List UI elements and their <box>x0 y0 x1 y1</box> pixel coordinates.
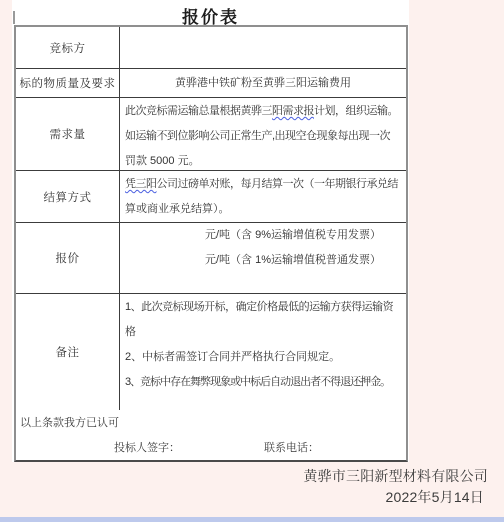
subject-value: 黄骅港中铁矿粉至黄骅三阳运输费用 <box>175 71 351 96</box>
settlement-line-2: 算或商业承兑结算）。 <box>125 197 406 222</box>
subject-label: 标的物质量及要求 <box>16 69 120 97</box>
demand-value-cell: 此次竞标需运输总量根据黄骅三阳需求报计划，组织运输。 如运输不到位影响公司正常生… <box>120 98 406 170</box>
demand-line-2: 如运输不到位影响公司正常生产,出现空仓现象每出现一次 <box>125 124 406 149</box>
spellcheck-underline: 凭三阳 <box>125 178 157 190</box>
demand-line-1: 此次竞标需运输总量根据黄骅三阳需求报计划，组织运输。 <box>125 99 406 124</box>
remarks-label: 备注 <box>16 294 120 410</box>
remarks-item-1: 1、此次竞标现场开标，确定价格最低的运输方获得运输资 <box>125 295 406 320</box>
bidder-input-cell[interactable] <box>120 27 406 68</box>
quote-line-general-invoice: 元/吨（含 1%运输增值税普通发票） <box>120 248 406 273</box>
subject-value-cell: 黄骅港中铁矿粉至黄骅三阳运输费用 <box>120 69 406 97</box>
quote-line-special-invoice: 元/吨（含 9%运输增值税专用发票） <box>120 223 406 248</box>
signature-block: 黄骅市三阳新型材料有限公司 2022年5月14日 <box>303 466 488 508</box>
acknowledgment-text: 以上条款我方已认可 <box>20 411 406 436</box>
remarks-item-2: 2、中标者需签订合同并严格执行合同规定。 <box>125 345 406 370</box>
table-row-demand: 需求量 此次竞标需运输总量根据黄骅三阳需求报计划，组织运输。 如运输不到位影响公… <box>16 97 406 170</box>
phone-label: 联系电话： <box>264 442 319 454</box>
demand-label: 需求量 <box>16 98 120 170</box>
table-row-bidder: 竞标方 <box>16 27 406 68</box>
spellcheck-underline: 阳需求报 <box>272 105 314 117</box>
settlement-label: 结算方式 <box>16 171 120 222</box>
page: 报价表 竞标方 标的物质量及要求 黄骅港中铁矿粉至黄骅三阳运输费用 需求量 此次… <box>0 0 504 527</box>
remarks-item-3: 3、竞标中存在舞弊现象或中标后自动退出者不得退还押金。 <box>125 370 406 395</box>
document-area: 报价表 竞标方 标的物质量及要求 黄骅港中铁矿粉至黄骅三阳运输费用 需求量 此次… <box>12 0 409 462</box>
table-row-remarks: 备注 1、此次竞标现场开标，确定价格最低的运输方获得运输资 格 2、中标者需签订… <box>16 293 406 410</box>
remarks-value-cell: 1、此次竞标现场开标，确定价格最低的运输方获得运输资 格 2、中标者需签订合同并… <box>120 294 406 410</box>
quote-value-cell[interactable]: 元/吨（含 9%运输增值税专用发票） 元/吨（含 1%运输增值税普通发票） <box>120 223 406 293</box>
company-name: 黄骅市三阳新型材料有限公司 <box>303 466 488 487</box>
document-date: 2022年5月14日 <box>303 487 484 508</box>
signature-label: 投标人签字： <box>114 442 180 454</box>
quote-label: 报价 <box>16 223 120 293</box>
quotation-table: 竞标方 标的物质量及要求 黄骅港中铁矿粉至黄骅三阳运输费用 需求量 此次竞标需运… <box>14 25 408 462</box>
bottom-strip <box>0 522 504 527</box>
remarks-item-1-wrap: 格 <box>125 320 406 345</box>
table-row-acknowledgment: 以上条款我方已认可 投标人签字：联系电话： <box>16 410 406 461</box>
settlement-line-1: 凭三阳公司过磅单对账，每月结算一次（一年期银行承兑结 <box>125 172 406 197</box>
table-row-settlement: 结算方式 凭三阳公司过磅单对账，每月结算一次（一年期银行承兑结 算或商业承兑结算… <box>16 170 406 222</box>
bidder-label: 竞标方 <box>16 27 120 68</box>
settlement-value-cell: 凭三阳公司过磅单对账，每月结算一次（一年期银行承兑结 算或商业承兑结算）。 <box>120 171 406 222</box>
table-row-quote: 报价 元/吨（含 9%运输增值税专用发票） 元/吨（含 1%运输增值税普通发票） <box>16 222 406 293</box>
demand-line-3: 罚款 5000 元。 <box>125 149 406 170</box>
signature-line: 投标人签字：联系电话： <box>20 436 406 461</box>
table-row-subject: 标的物质量及要求 黄骅港中铁矿粉至黄骅三阳运输费用 <box>16 68 406 97</box>
